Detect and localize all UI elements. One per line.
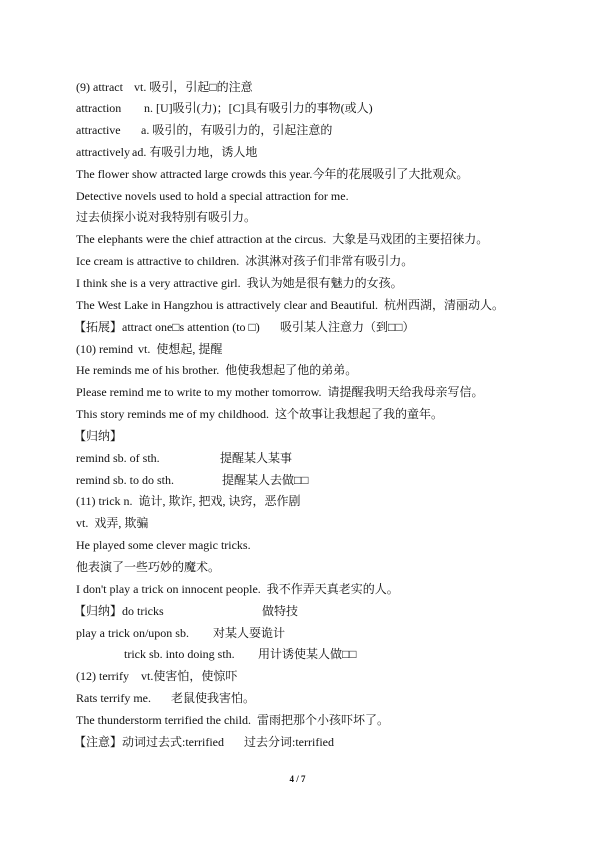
line-text: (11) trick n. 诡计, 欺诈, 把戏, 诀窍，恶作剧 xyxy=(76,494,301,508)
line-translation: n. [U]吸引(力)；[C]具有吸引力的事物(或人) xyxy=(144,101,373,115)
line-text: trick sb. into doing sth. xyxy=(124,647,235,661)
line-text: (9) attract xyxy=(76,80,123,94)
line-translation: a. 吸引的，有吸引力的，引起注意的 xyxy=(141,123,332,137)
line-text: The West Lake in Hangzhou is attractivel… xyxy=(76,298,504,312)
line-text: The flower show attracted large crowds t… xyxy=(76,167,468,181)
line-text: The thunderstorm terrified the child. 雷雨… xyxy=(76,713,389,727)
line-text: This story reminds me of my childhood. 这… xyxy=(76,407,443,421)
line-text: attractive xyxy=(76,123,121,137)
line-translation: ad. 有吸引力地，诱人地 xyxy=(132,145,257,159)
line-text: Please remind me to write to my mother t… xyxy=(76,385,484,399)
line-text: 【归纳】do tricks xyxy=(74,604,164,618)
line-text: I think she is a very attractive girl. 我… xyxy=(76,276,403,290)
line-translation: 老鼠使我害怕。 xyxy=(171,691,255,705)
line-text: 他表演了一些巧妙的魔术。 xyxy=(76,560,220,574)
line-translation: 提醒某人去做□□ xyxy=(222,473,309,487)
line-text: remind sb. to do sth. xyxy=(76,473,174,487)
line-translation: 对某人耍诡计 xyxy=(213,626,285,640)
line-text: attractively xyxy=(76,145,130,159)
page-number: 4 / 7 xyxy=(0,774,595,784)
line-translation: 用计诱使某人做□□ xyxy=(258,647,357,661)
line-translation: 吸引某人注意力（到□□） xyxy=(280,320,415,334)
line-text: The elephants were the chief attraction … xyxy=(76,232,488,246)
line-text: 【拓展】attract one□s attention (to □) xyxy=(74,320,260,334)
line-translation: 提醒某人某事 xyxy=(220,451,292,465)
line-translation: 做特技 xyxy=(262,604,298,618)
line-text: 【注意】动词过去式:terrified xyxy=(74,735,224,749)
line-text: attraction xyxy=(76,101,121,115)
line-text: Detective novels used to hold a special … xyxy=(76,189,349,203)
line-text: (12) terrify xyxy=(76,669,129,683)
line-translation: vt. 使想起, 提醒 xyxy=(138,342,222,356)
line-translation: 过去分词:terrified xyxy=(244,735,334,749)
line-text: 过去侦探小说对我特别有吸引力。 xyxy=(76,210,256,224)
line-text: He played some clever magic tricks. xyxy=(76,538,251,552)
line-text: Ice cream is attractive to children. 冰淇淋… xyxy=(76,254,413,268)
line-text: vt. 戏弄, 欺骗 xyxy=(76,516,148,530)
line-text: play a trick on/upon sb. xyxy=(76,626,189,640)
line-text: I don't play a trick on innocent people.… xyxy=(76,582,399,596)
line-text: Rats terrify me. xyxy=(76,691,151,705)
line-translation: vt.使害怕，使惊吓 xyxy=(141,669,237,683)
document-page: (9) attractvt. 吸引，引起□的注意attractionn. [U]… xyxy=(0,0,595,841)
line-text: 【归纳】 xyxy=(74,429,122,443)
line-text: He reminds me of his brother. 他使我想起了他的弟弟… xyxy=(76,363,357,377)
line-translation: vt. 吸引，引起□的注意 xyxy=(134,80,253,94)
line-text: remind sb. of sth. xyxy=(76,451,160,465)
line-text: (10) remind xyxy=(76,342,133,356)
